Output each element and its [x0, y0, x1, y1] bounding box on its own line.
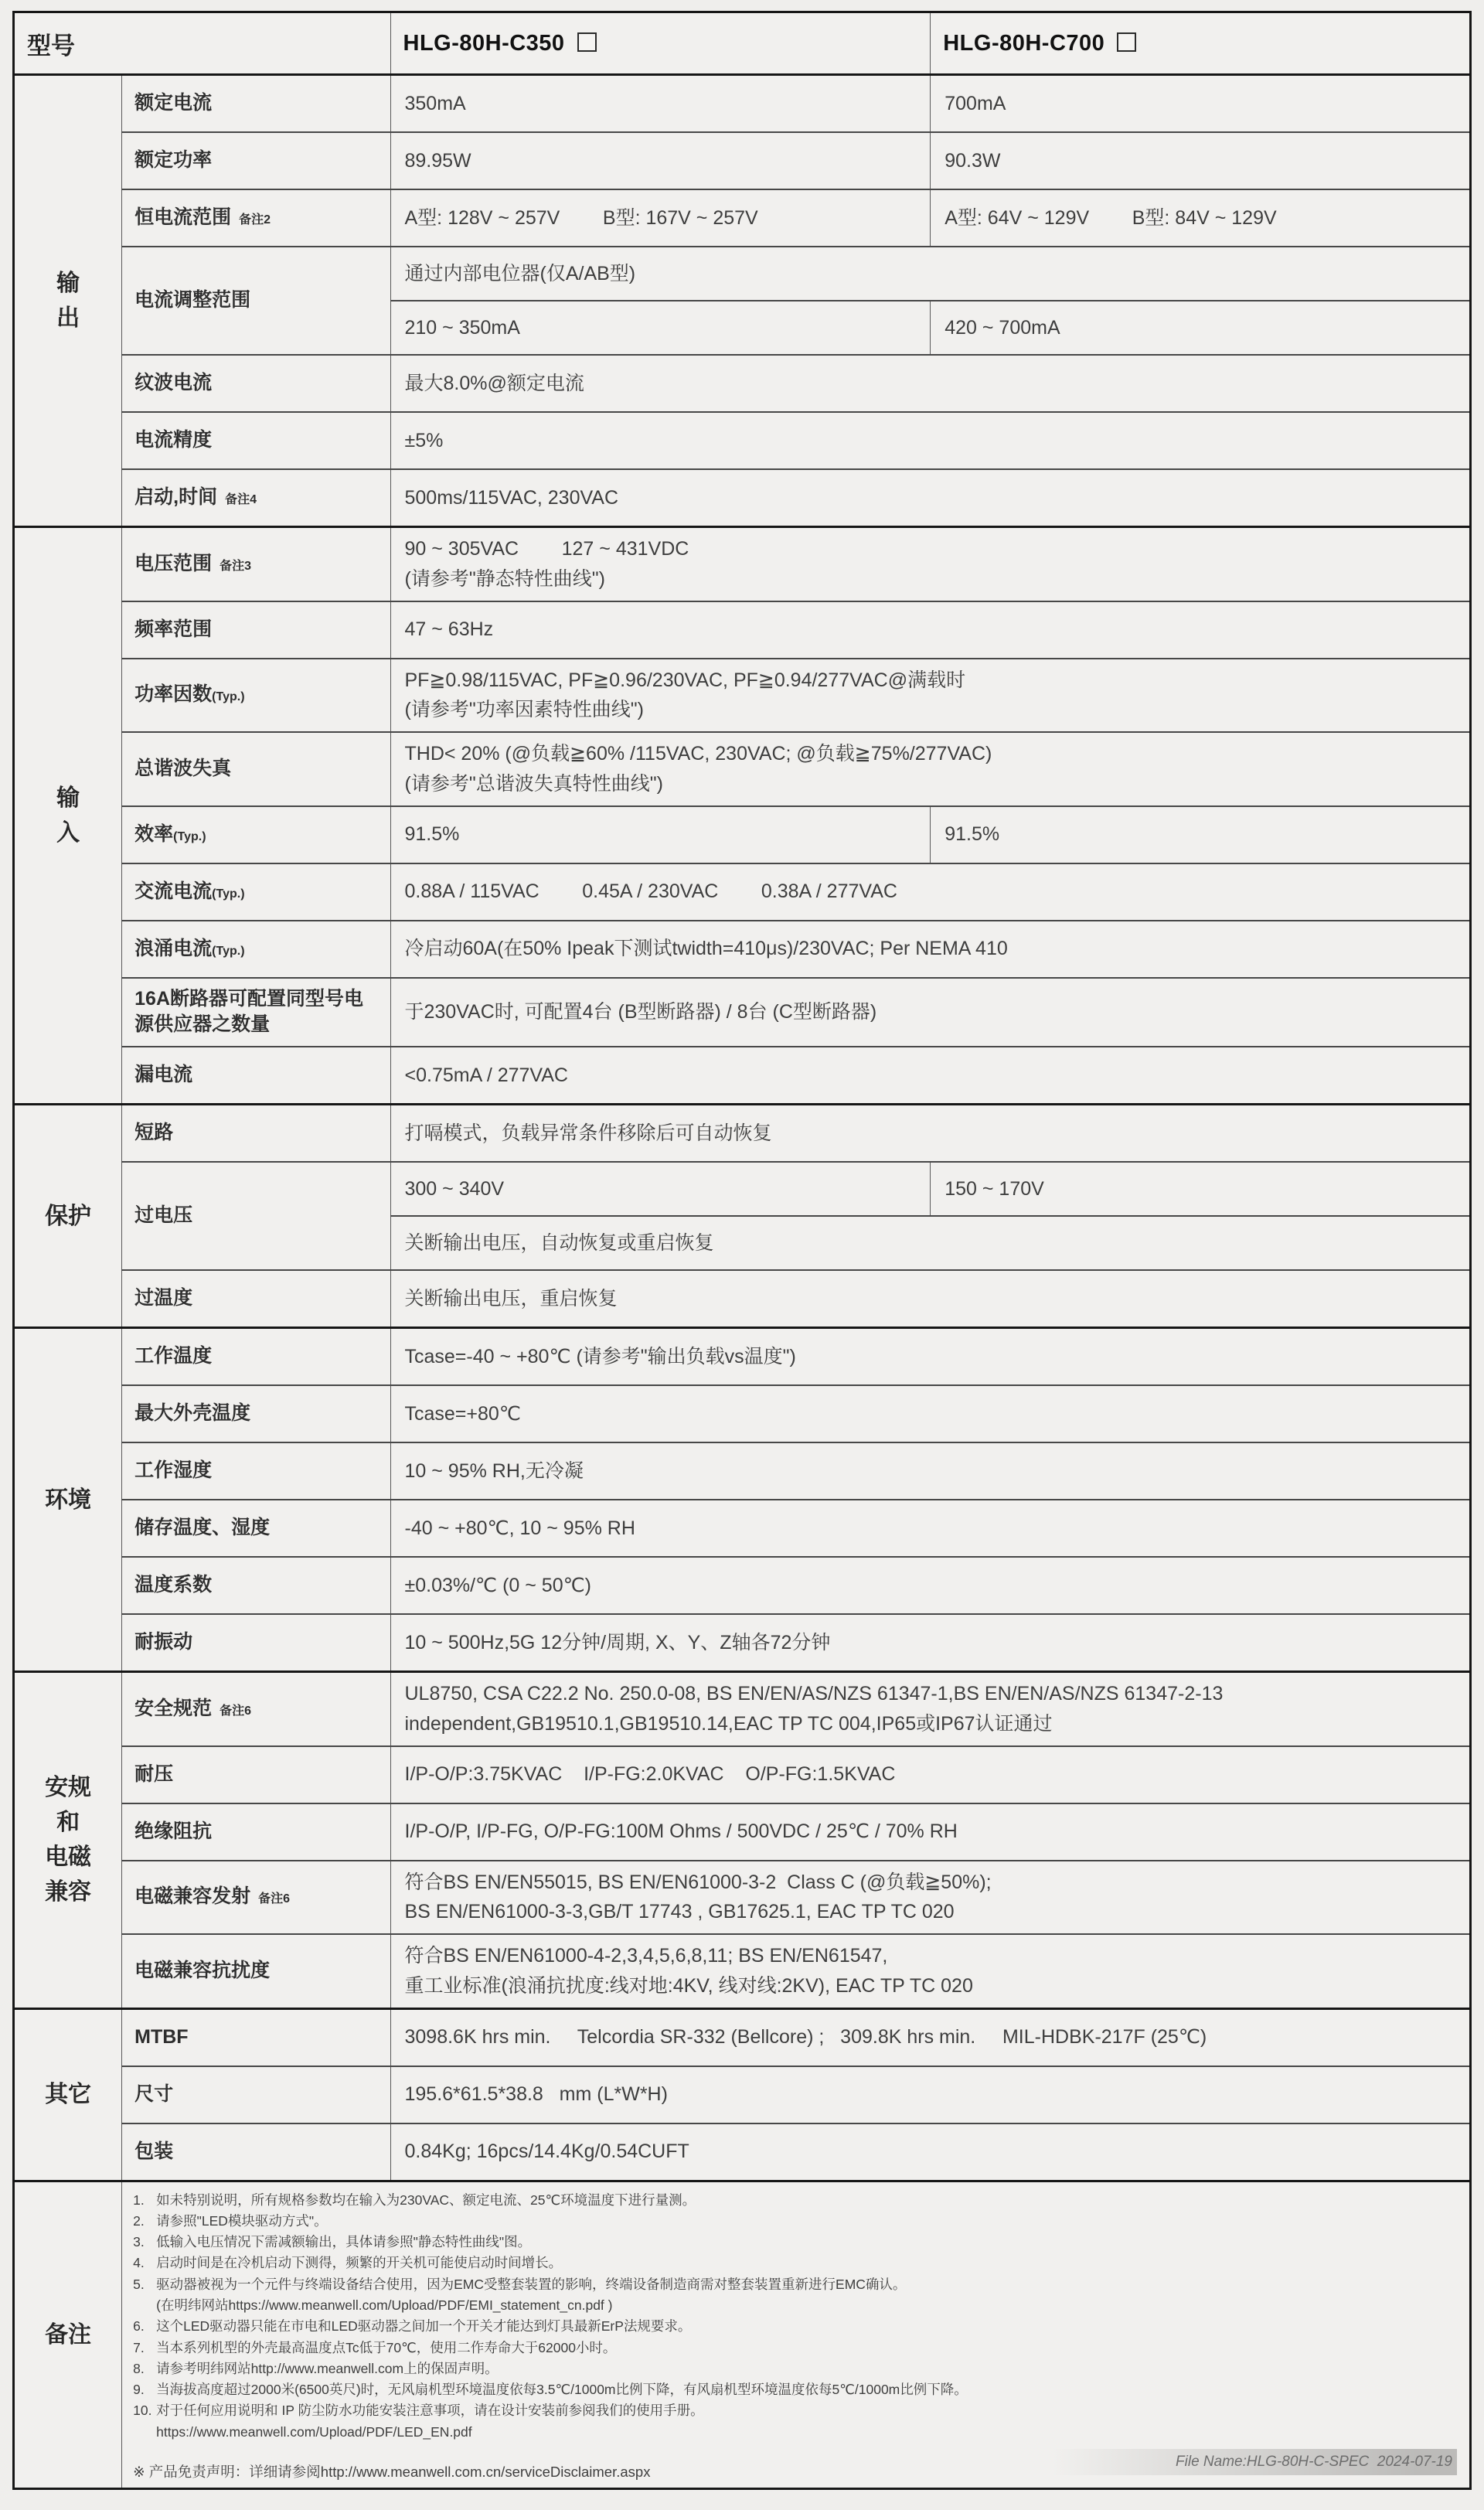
spec-value-cell: 10 ~ 500Hz,5G 12分钟/周期, X、Y、Z轴各72分钟: [390, 1614, 1471, 1672]
model-name-cell: HLG-80H-C700: [931, 12, 1471, 75]
spec-value-cell: 关断输出电压，重启恢复: [390, 1270, 1471, 1328]
spec-value-line: 90 ~ 305VAC 127 ~ 431VDC: [405, 534, 1461, 564]
spec-row: 频率范围47 ~ 63Hz: [14, 601, 1471, 659]
spec-value-cell: 47 ~ 63Hz: [390, 601, 1471, 659]
spec-label-cell: 过电压: [122, 1162, 390, 1270]
note-text: 启动时间是在冷机启动下测得，频繁的开关机可能使启动时间增长。: [156, 2253, 1457, 2273]
spec-value-line: A型: 64V ~ 129V B型: 84V ~ 129V: [945, 203, 1460, 233]
section-label-4: 安规和电磁兼容: [14, 1672, 122, 2009]
spec-label-cell: 恒电流范围备注2: [122, 189, 390, 247]
note-text-line: 请参考明纬网站http://www.meanwell.com上的保固声明。: [156, 2358, 1457, 2379]
spec-value-line: -40 ~ +80℃, 10 ~ 95% RH: [405, 1514, 1461, 1544]
spec-row: 输出额定电流350mA700mA: [14, 75, 1471, 133]
spec-row: 电流精度±5%: [14, 412, 1471, 469]
spec-label-cell: 短路: [122, 1105, 390, 1163]
spec-row: 耐压I/P-O/P:3.75KVAC I/P-FG:2.0KVAC O/P-FG…: [14, 1746, 1471, 1803]
spec-label: 尺寸: [134, 2083, 173, 2105]
spec-label: 交流电流: [134, 880, 212, 902]
spec-value-line: I/P-O/P, I/P-FG, O/P-FG:100M Ohms / 500V…: [405, 1817, 1461, 1847]
spec-value-line: 冷启动60A(在50% Ipeak下测试twidth=410μs)/230VAC…: [405, 934, 1461, 964]
spec-row: 启动,时间备注4500ms/115VAC, 230VAC: [14, 469, 1471, 527]
section-label-2: 保护: [14, 1105, 122, 1328]
spec-row: 浪涌电流(Typ.)冷启动60A(在50% Ipeak下测试twidth=410…: [14, 921, 1471, 978]
spec-label: 工作湿度: [134, 1459, 212, 1481]
spec-value-cell: 最大8.0%@额定电流: [390, 355, 1471, 412]
spec-label-cell: 总谐波失真: [122, 732, 390, 806]
spec-value-cell: 关断输出电压，自动恢复或重启恢复: [390, 1216, 1471, 1270]
section-label-line: 输: [16, 266, 120, 301]
spec-label: 温度系数: [134, 1574, 212, 1596]
spec-value-line: (请参考"静态特性曲线"): [405, 564, 1461, 594]
note-number: 9.: [133, 2379, 156, 2400]
spec-row: 16A断路器可配置同型号电源供应器之数量于230VAC时, 可配置4台 (B型断…: [14, 978, 1471, 1047]
spec-label: 储存温度、湿度: [134, 1517, 270, 1538]
spec-label-cell: 最大外壳温度: [122, 1385, 390, 1442]
model-name-cell: HLG-80H-C350: [390, 12, 931, 75]
note-number: 3.: [133, 2232, 156, 2253]
note-item: 1.如未特别说明，所有规格参数均在输入为230VAC、额定电流、25℃环境温度下…: [133, 2190, 1457, 2211]
file-name-stamp: File Name:HLG-80H-C-SPEC 2024-07-19: [1052, 2449, 1457, 2475]
spec-value-line: 10 ~ 500Hz,5G 12分钟/周期, X、Y、Z轴各72分钟: [405, 1628, 1461, 1658]
section-label-3: 环境: [14, 1328, 122, 1672]
notes-footer: ※ 产品免责声明：详细请参阅http://www.meanwell.com.cn…: [133, 2449, 1457, 2483]
spec-label-cell: 16A断路器可配置同型号电源供应器之数量: [122, 978, 390, 1047]
spec-label: 功率因数: [134, 683, 212, 705]
spec-label-note-ref: 备注4: [225, 493, 257, 506]
model-name: HLG-80H-C350: [403, 31, 565, 56]
spec-label-cell: 频率范围: [122, 601, 390, 659]
spec-label: 总谐波失真: [134, 758, 231, 779]
spec-value-line: 210 ~ 350mA: [405, 313, 921, 343]
note-text: 这个LED驱动器只能在市电和LED驱动器之间加一个开关才能达到灯具最新ErP法规…: [156, 2316, 1457, 2337]
spec-value-line: THD< 20% (@负载≧60% /115VAC, 230VAC; @负载≧7…: [405, 739, 1461, 769]
section-label-line: 保护: [16, 1199, 120, 1234]
spec-label: 额定电流: [134, 92, 212, 114]
model-header-row: 型号HLG-80H-C350HLG-80H-C700: [14, 12, 1471, 75]
spec-value-cell: 0.84Kg; 16pcs/14.4Kg/0.54CUFT: [390, 2123, 1471, 2181]
spec-label: 恒电流范围: [134, 206, 231, 228]
spec-label-cell: 耐振动: [122, 1614, 390, 1672]
spec-label-note-ref: 备注2: [239, 213, 271, 226]
section-label-line: 出: [16, 301, 120, 335]
spec-label-cell: 浪涌电流(Typ.): [122, 921, 390, 978]
spec-value-line: <0.75mA / 277VAC: [405, 1061, 1461, 1091]
spec-value-cell: 通过内部电位器(仅A/AB型): [390, 247, 1471, 301]
spec-label: 浪涌电流: [134, 938, 212, 959]
section-label-line: 电磁: [16, 1840, 120, 1875]
spec-value-line: 91.5%: [945, 819, 1460, 850]
spec-value-cell: THD< 20% (@负载≧60% /115VAC, 230VAC; @负载≧7…: [390, 732, 1471, 806]
note-number: 6.: [133, 2316, 156, 2337]
spec-value-cell: Tcase=-40 ~ +80℃ (请参考"输出负载vs温度"): [390, 1328, 1471, 1386]
note-text-line: 如未特别说明，所有规格参数均在输入为230VAC、额定电流、25℃环境温度下进行…: [156, 2190, 1457, 2211]
section-label-line: 安规: [16, 1770, 120, 1805]
model-checkbox-placeholder: [1117, 32, 1136, 52]
note-item: 9.当海拔高度超过2000米(6500英尺)时，无风扇机型环境温度依每3.5℃/…: [133, 2379, 1457, 2400]
spec-label-cell: 电流调整范围: [122, 247, 390, 355]
spec-value-cell: 350mA: [390, 75, 931, 133]
spec-value-cell: 300 ~ 340V: [390, 1162, 931, 1216]
spec-value-cell: 打嗝模式，负载异常条件移除后可自动恢复: [390, 1105, 1471, 1163]
spec-value-line: 关断输出电压，自动恢复或重启恢复: [405, 1228, 1461, 1258]
spec-label: 最大外壳温度: [134, 1402, 250, 1424]
spec-label: 启动,时间: [134, 486, 217, 508]
spec-label-note-ref: 备注6: [258, 1892, 290, 1905]
section-label-notes: 备注: [14, 2181, 122, 2489]
spec-value-cell: 210 ~ 350mA: [390, 301, 931, 355]
note-text-line: 这个LED驱动器只能在市电和LED驱动器之间加一个开关才能达到灯具最新ErP法规…: [156, 2316, 1457, 2337]
model-header-label: 型号: [14, 12, 391, 75]
spec-value-cell: I/P-O/P:3.75KVAC I/P-FG:2.0KVAC O/P-FG:1…: [390, 1746, 1471, 1803]
spec-value-cell: <0.75mA / 277VAC: [390, 1047, 1471, 1105]
spec-label: 纹波电流: [134, 372, 212, 393]
spec-row: 其它MTBF3098.6K hrs min. Telcordia SR-332 …: [14, 2008, 1471, 2066]
note-number: 7.: [133, 2338, 156, 2358]
spec-row: 包装0.84Kg; 16pcs/14.4Kg/0.54CUFT: [14, 2123, 1471, 2181]
spec-label-suffix: (Typ.): [212, 887, 244, 901]
spec-label: 16A断路器可配置同型号电源供应器之数量: [134, 988, 363, 1036]
spec-value-line: 通过内部电位器(仅A/AB型): [405, 259, 1461, 289]
section-label-5: 其它: [14, 2008, 122, 2181]
spec-row: 过电压300 ~ 340V150 ~ 170V: [14, 1162, 1471, 1216]
spec-table: 型号HLG-80H-C350HLG-80H-C700输出额定电流350mA700…: [12, 11, 1472, 2490]
spec-label-cell: 电磁兼容发射备注6: [122, 1861, 390, 1935]
spec-row: 交流电流(Typ.)0.88A / 115VAC 0.45A / 230VAC …: [14, 863, 1471, 921]
note-text: 当本系列机型的外壳最高温度点Tc低于70℃，使用二作寿命大于62000小时。: [156, 2338, 1457, 2358]
note-item: 5.驱动器被视为一个元件与终端设备结合使用，因为EMC受整套装置的影响，终端设备…: [133, 2274, 1457, 2317]
note-number: 4.: [133, 2253, 156, 2273]
note-text-line: 当本系列机型的外壳最高温度点Tc低于70℃，使用二作寿命大于62000小时。: [156, 2338, 1457, 2358]
notes-row: 备注1.如未特别说明，所有规格参数均在输入为230VAC、额定电流、25℃环境温…: [14, 2181, 1471, 2489]
note-text: 请参考明纬网站http://www.meanwell.com上的保固声明。: [156, 2358, 1457, 2379]
spec-label: 电磁兼容发射: [134, 1885, 250, 1907]
spec-label-note-ref: 备注6: [220, 1705, 251, 1718]
note-number: 5.: [133, 2274, 156, 2317]
spec-label-cell: 额定电流: [122, 75, 390, 133]
spec-value-line: 300 ~ 340V: [405, 1174, 921, 1204]
spec-row: 电流调整范围通过内部电位器(仅A/AB型): [14, 247, 1471, 301]
spec-value-cell: I/P-O/P, I/P-FG, O/P-FG:100M Ohms / 500V…: [390, 1803, 1471, 1861]
section-label-line: 兼容: [16, 1875, 120, 1909]
note-text-line: 低输入电压情况下需减额输出，具体请参照"静态特性曲线"图。: [156, 2232, 1457, 2253]
spec-label-cell: 过温度: [122, 1270, 390, 1328]
spec-value-line: 0.84Kg; 16pcs/14.4Kg/0.54CUFT: [405, 2137, 1461, 2167]
spec-value-line: 90.3W: [945, 146, 1460, 176]
spec-label: MTBF: [134, 2026, 188, 2048]
note-number: 8.: [133, 2358, 156, 2379]
spec-value-cell: 90 ~ 305VAC 127 ~ 431VDC(请参考"静态特性曲线"): [390, 527, 1471, 601]
spec-value-cell: 91.5%: [390, 806, 931, 863]
spec-label-cell: 漏电流: [122, 1047, 390, 1105]
spec-row: 尺寸195.6*61.5*38.8 mm (L*W*H): [14, 2066, 1471, 2123]
spec-row: 工作湿度10 ~ 95% RH,无冷凝: [14, 1442, 1471, 1500]
product-disclaimer: ※ 产品免责声明：详细请参阅http://www.meanwell.com.cn…: [133, 2461, 650, 2483]
spec-label-cell: 电压范围备注3: [122, 527, 390, 601]
spec-row: 恒电流范围备注2A型: 128V ~ 257V B型: 167V ~ 257VA…: [14, 189, 1471, 247]
spec-value-line: 10 ~ 95% RH,无冷凝: [405, 1456, 1461, 1487]
spec-row: 耐振动10 ~ 500Hz,5G 12分钟/周期, X、Y、Z轴各72分钟: [14, 1614, 1471, 1672]
spec-row: 功率因数(Typ.)PF≧0.98/115VAC, PF≧0.96/230VAC…: [14, 659, 1471, 733]
spec-label: 额定功率: [134, 149, 212, 171]
spec-row: 纹波电流最大8.0%@额定电流: [14, 355, 1471, 412]
section-label-line: 备注: [16, 2318, 120, 2352]
note-text-line: 当海拔高度超过2000米(6500英尺)时，无风扇机型环境温度依每3.5℃/10…: [156, 2379, 1457, 2400]
spec-row: 电磁兼容发射备注6符合BS EN/EN55015, BS EN/EN61000-…: [14, 1861, 1471, 1935]
spec-value-line: A型: 128V ~ 257V B型: 167V ~ 257V: [405, 203, 921, 233]
model-name: HLG-80H-C700: [943, 31, 1104, 56]
spec-label: 电流精度: [134, 429, 212, 451]
spec-value-cell: 符合BS EN/EN55015, BS EN/EN61000-3-2 Class…: [390, 1861, 1471, 1935]
spec-value-cell: 195.6*61.5*38.8 mm (L*W*H): [390, 2066, 1471, 2123]
spec-label-suffix: (Typ.): [212, 690, 244, 703]
spec-label-cell: 绝缘阻抗: [122, 1803, 390, 1861]
spec-value-line: PF≧0.98/115VAC, PF≧0.96/230VAC, PF≧0.94/…: [405, 666, 1461, 696]
spec-value-cell: -40 ~ +80℃, 10 ~ 95% RH: [390, 1500, 1471, 1557]
section-label-0: 输出: [14, 75, 122, 527]
spec-label-cell: 温度系数: [122, 1557, 390, 1614]
spec-value-line: 打嗝模式，负载异常条件移除后可自动恢复: [405, 1119, 1461, 1149]
spec-value-cell: UL8750, CSA C22.2 No. 250.0-08, BS EN/EN…: [390, 1672, 1471, 1746]
spec-value-line: 420 ~ 700mA: [945, 313, 1460, 343]
spec-label-note-ref: 备注3: [220, 560, 251, 573]
section-label-line: 输: [16, 781, 120, 816]
spec-value-line: 3098.6K hrs min. Telcordia SR-332 (Bellc…: [405, 2022, 1461, 2052]
spec-value-line: Tcase=+80℃: [405, 1399, 1461, 1429]
note-item: 4.启动时间是在冷机启动下测得，频繁的开关机可能使启动时间增长。: [133, 2253, 1457, 2273]
model-checkbox-placeholder: [577, 32, 597, 52]
spec-value-line: I/P-O/P:3.75KVAC I/P-FG:2.0KVAC O/P-FG:1…: [405, 1759, 1461, 1790]
spec-value-cell: Tcase=+80℃: [390, 1385, 1471, 1442]
spec-value-line: 最大8.0%@额定电流: [405, 369, 1461, 399]
spec-label-cell: 耐压: [122, 1746, 390, 1803]
spec-value-line: 89.95W: [405, 146, 921, 176]
spec-label: 工作温度: [134, 1345, 212, 1367]
spec-value-line: 500ms/115VAC, 230VAC: [405, 483, 1461, 513]
note-text-line: 请参照"LED模块驱动方式"。: [156, 2211, 1457, 2232]
note-item: 6.这个LED驱动器只能在市电和LED驱动器之间加一个开关才能达到灯具最新ErP…: [133, 2316, 1457, 2337]
spec-row: 安规和电磁兼容安全规范备注6UL8750, CSA C22.2 No. 250.…: [14, 1672, 1471, 1746]
spec-value-line: 700mA: [945, 89, 1460, 119]
spec-row: 最大外壳温度Tcase=+80℃: [14, 1385, 1471, 1442]
spec-value-cell: 420 ~ 700mA: [931, 301, 1471, 355]
note-item: 7.当本系列机型的外壳最高温度点Tc低于70℃，使用二作寿命大于62000小时。: [133, 2338, 1457, 2358]
section-label-line: 和: [16, 1805, 120, 1840]
spec-label: 绝缘阻抗: [134, 1820, 212, 1842]
spec-value-line: 0.88A / 115VAC 0.45A / 230VAC 0.38A / 27…: [405, 877, 1461, 907]
note-text-line: 对于任何应用说明和 IP 防尘防水功能安装注意事项，请在设计安装前参阅我们的使用…: [156, 2400, 1457, 2421]
note-text: 低输入电压情况下需减额输出，具体请参照"静态特性曲线"图。: [156, 2232, 1457, 2253]
spec-row: 环境工作温度Tcase=-40 ~ +80℃ (请参考"输出负载vs温度"): [14, 1328, 1471, 1386]
note-number: 1.: [133, 2190, 156, 2211]
spec-value-cell: 89.95W: [390, 132, 931, 189]
spec-value-cell: 10 ~ 95% RH,无冷凝: [390, 1442, 1471, 1500]
spec-row: 过温度关断输出电压，重启恢复: [14, 1270, 1471, 1328]
spec-label: 电磁兼容抗扰度: [134, 1960, 270, 1981]
note-text: 请参照"LED模块驱动方式"。: [156, 2211, 1457, 2232]
spec-label-suffix: (Typ.): [173, 830, 206, 843]
note-text: 当海拔高度超过2000米(6500英尺)时，无风扇机型环境温度依每3.5℃/10…: [156, 2379, 1457, 2400]
spec-label-cell: 电磁兼容抗扰度: [122, 1934, 390, 2008]
spec-value-cell: 3098.6K hrs min. Telcordia SR-332 (Bellc…: [390, 2008, 1471, 2066]
spec-value-line: (请参考"总谐波失真特性曲线"): [405, 769, 1461, 799]
spec-label-cell: 交流电流(Typ.): [122, 863, 390, 921]
spec-value-cell: 500ms/115VAC, 230VAC: [390, 469, 1471, 527]
spec-value-cell: 冷启动60A(在50% Ipeak下测试twidth=410μs)/230VAC…: [390, 921, 1471, 978]
spec-row: 绝缘阻抗I/P-O/P, I/P-FG, O/P-FG:100M Ohms / …: [14, 1803, 1471, 1861]
section-label-line: 环境: [16, 1483, 120, 1517]
note-text: 驱动器被视为一个元件与终端设备结合使用，因为EMC受整套装置的影响，终端设备制造…: [156, 2274, 1457, 2317]
spec-value-line: ±5%: [405, 426, 1461, 456]
spec-value-line: 91.5%: [405, 819, 921, 850]
spec-value-line: 47 ~ 63Hz: [405, 615, 1461, 645]
spec-value-cell: PF≧0.98/115VAC, PF≧0.96/230VAC, PF≧0.94/…: [390, 659, 1471, 733]
spec-label-suffix: (Typ.): [212, 945, 244, 958]
spec-value-line: 于230VAC时, 可配置4台 (B型断路器) / 8台 (C型断路器): [405, 997, 1461, 1027]
spec-row: 储存温度、湿度-40 ~ +80℃, 10 ~ 95% RH: [14, 1500, 1471, 1557]
spec-label-cell: 纹波电流: [122, 355, 390, 412]
spec-label-cell: 尺寸: [122, 2066, 390, 2123]
spec-label: 耐振动: [134, 1631, 192, 1653]
spec-label-cell: 效率(Typ.): [122, 806, 390, 863]
spec-label-cell: 安全规范备注6: [122, 1672, 390, 1746]
spec-value-line: independent,GB19510.1,GB19510.14,EAC TP …: [405, 1709, 1461, 1739]
note-text: 对于任何应用说明和 IP 防尘防水功能安装注意事项，请在设计安装前参阅我们的使用…: [156, 2400, 1457, 2443]
note-text-line: 驱动器被视为一个元件与终端设备结合使用，因为EMC受整套装置的影响，终端设备制造…: [156, 2274, 1457, 2295]
spec-value-cell: 700mA: [931, 75, 1471, 133]
note-item: 10.对于任何应用说明和 IP 防尘防水功能安装注意事项，请在设计安装前参阅我们…: [133, 2400, 1457, 2443]
spec-row: 额定功率89.95W90.3W: [14, 132, 1471, 189]
spec-label: 频率范围: [134, 618, 212, 640]
spec-value-cell: 符合BS EN/EN61000-4-2,3,4,5,6,8,11; BS EN/…: [390, 1934, 1471, 2008]
spec-label-cell: 功率因数(Typ.): [122, 659, 390, 733]
spec-row: 输入电压范围备注390 ~ 305VAC 127 ~ 431VDC(请参考"静态…: [14, 527, 1471, 601]
note-item: 2.请参照"LED模块驱动方式"。: [133, 2211, 1457, 2232]
note-number: 2.: [133, 2211, 156, 2232]
spec-label-cell: 储存温度、湿度: [122, 1500, 390, 1557]
spec-label: 电压范围: [134, 553, 212, 574]
spec-label: 电流调整范围: [134, 289, 250, 311]
spec-value-cell: 于230VAC时, 可配置4台 (B型断路器) / 8台 (C型断路器): [390, 978, 1471, 1047]
spec-value-cell: ±5%: [390, 412, 1471, 469]
spec-label: 安全规范: [134, 1698, 212, 1719]
spec-label: 效率: [134, 823, 173, 845]
spec-row: 漏电流<0.75mA / 277VAC: [14, 1047, 1471, 1105]
note-item: 3.低输入电压情况下需减额输出，具体请参照"静态特性曲线"图。: [133, 2232, 1457, 2253]
spec-value-line: 150 ~ 170V: [945, 1174, 1460, 1204]
note-text-line: (在明纬网站https://www.meanwell.com/Upload/PD…: [156, 2295, 1457, 2316]
spec-value-line: 符合BS EN/EN55015, BS EN/EN61000-3-2 Class…: [405, 1868, 1461, 1898]
spec-label-cell: MTBF: [122, 2008, 390, 2066]
spec-value-line: BS EN/EN61000-3-3,GB/T 17743 , GB17625.1…: [405, 1897, 1461, 1927]
spec-value-line: ±0.03%/℃ (0 ~ 50℃): [405, 1571, 1461, 1601]
spec-value-cell: 0.88A / 115VAC 0.45A / 230VAC 0.38A / 27…: [390, 863, 1471, 921]
spec-row: 总谐波失真THD< 20% (@负载≧60% /115VAC, 230VAC; …: [14, 732, 1471, 806]
notes-cell: 1.如未特别说明，所有规格参数均在输入为230VAC、额定电流、25℃环境温度下…: [122, 2181, 1471, 2489]
spec-label-cell: 工作湿度: [122, 1442, 390, 1500]
spec-sheet: 型号HLG-80H-C350HLG-80H-C700输出额定电流350mA700…: [0, 0, 1484, 2510]
spec-label-cell: 启动,时间备注4: [122, 469, 390, 527]
note-text: 如未特别说明，所有规格参数均在输入为230VAC、额定电流、25℃环境温度下进行…: [156, 2190, 1457, 2211]
spec-label: 短路: [134, 1122, 173, 1143]
spec-value-line: 关断输出电压，重启恢复: [405, 1284, 1461, 1314]
note-text-line: https://www.meanwell.com/Upload/PDF/LED_…: [156, 2422, 1457, 2443]
spec-label-cell: 包装: [122, 2123, 390, 2181]
spec-label: 过温度: [134, 1287, 192, 1309]
spec-value-line: (请参考"功率因素特性曲线"): [405, 695, 1461, 725]
note-text-line: 启动时间是在冷机启动下测得，频繁的开关机可能使启动时间增长。: [156, 2253, 1457, 2273]
spec-row: 温度系数±0.03%/℃ (0 ~ 50℃): [14, 1557, 1471, 1614]
spec-value-cell: ±0.03%/℃ (0 ~ 50℃): [390, 1557, 1471, 1614]
spec-row: 效率(Typ.)91.5%91.5%: [14, 806, 1471, 863]
section-label-line: 入: [16, 816, 120, 850]
note-number: 10.: [133, 2400, 156, 2443]
spec-value-line: 195.6*61.5*38.8 mm (L*W*H): [405, 2079, 1461, 2110]
spec-label: 过电压: [134, 1204, 192, 1226]
spec-value-line: 重工业标准(浪涌抗扰度:线对地:4KV, 线对线:2KV), EAC TP TC…: [405, 1971, 1461, 2001]
spec-label: 漏电流: [134, 1064, 192, 1085]
spec-value-cell: 91.5%: [931, 806, 1471, 863]
spec-value-cell: A型: 128V ~ 257V B型: 167V ~ 257V: [390, 189, 931, 247]
section-label-1: 输入: [14, 527, 122, 1105]
spec-value-cell: A型: 64V ~ 129V B型: 84V ~ 129V: [931, 189, 1471, 247]
spec-label-cell: 额定功率: [122, 132, 390, 189]
spec-row: 保护短路打嗝模式，负载异常条件移除后可自动恢复: [14, 1105, 1471, 1163]
spec-value-cell: 90.3W: [931, 132, 1471, 189]
spec-value-line: 350mA: [405, 89, 921, 119]
spec-value-cell: 150 ~ 170V: [931, 1162, 1471, 1216]
spec-label-cell: 工作温度: [122, 1328, 390, 1386]
spec-row: 电磁兼容抗扰度符合BS EN/EN61000-4-2,3,4,5,6,8,11;…: [14, 1934, 1471, 2008]
spec-label-cell: 电流精度: [122, 412, 390, 469]
spec-label: 耐压: [134, 1763, 173, 1785]
section-label-line: 其它: [16, 2077, 120, 2112]
spec-value-line: UL8750, CSA C22.2 No. 250.0-08, BS EN/EN…: [405, 1679, 1461, 1709]
spec-value-line: Tcase=-40 ~ +80℃ (请参考"输出负载vs温度"): [405, 1342, 1461, 1372]
spec-value-line: 符合BS EN/EN61000-4-2,3,4,5,6,8,11; BS EN/…: [405, 1941, 1461, 1971]
spec-label: 包装: [134, 2140, 173, 2162]
note-item: 8.请参考明纬网站http://www.meanwell.com上的保固声明。: [133, 2358, 1457, 2379]
